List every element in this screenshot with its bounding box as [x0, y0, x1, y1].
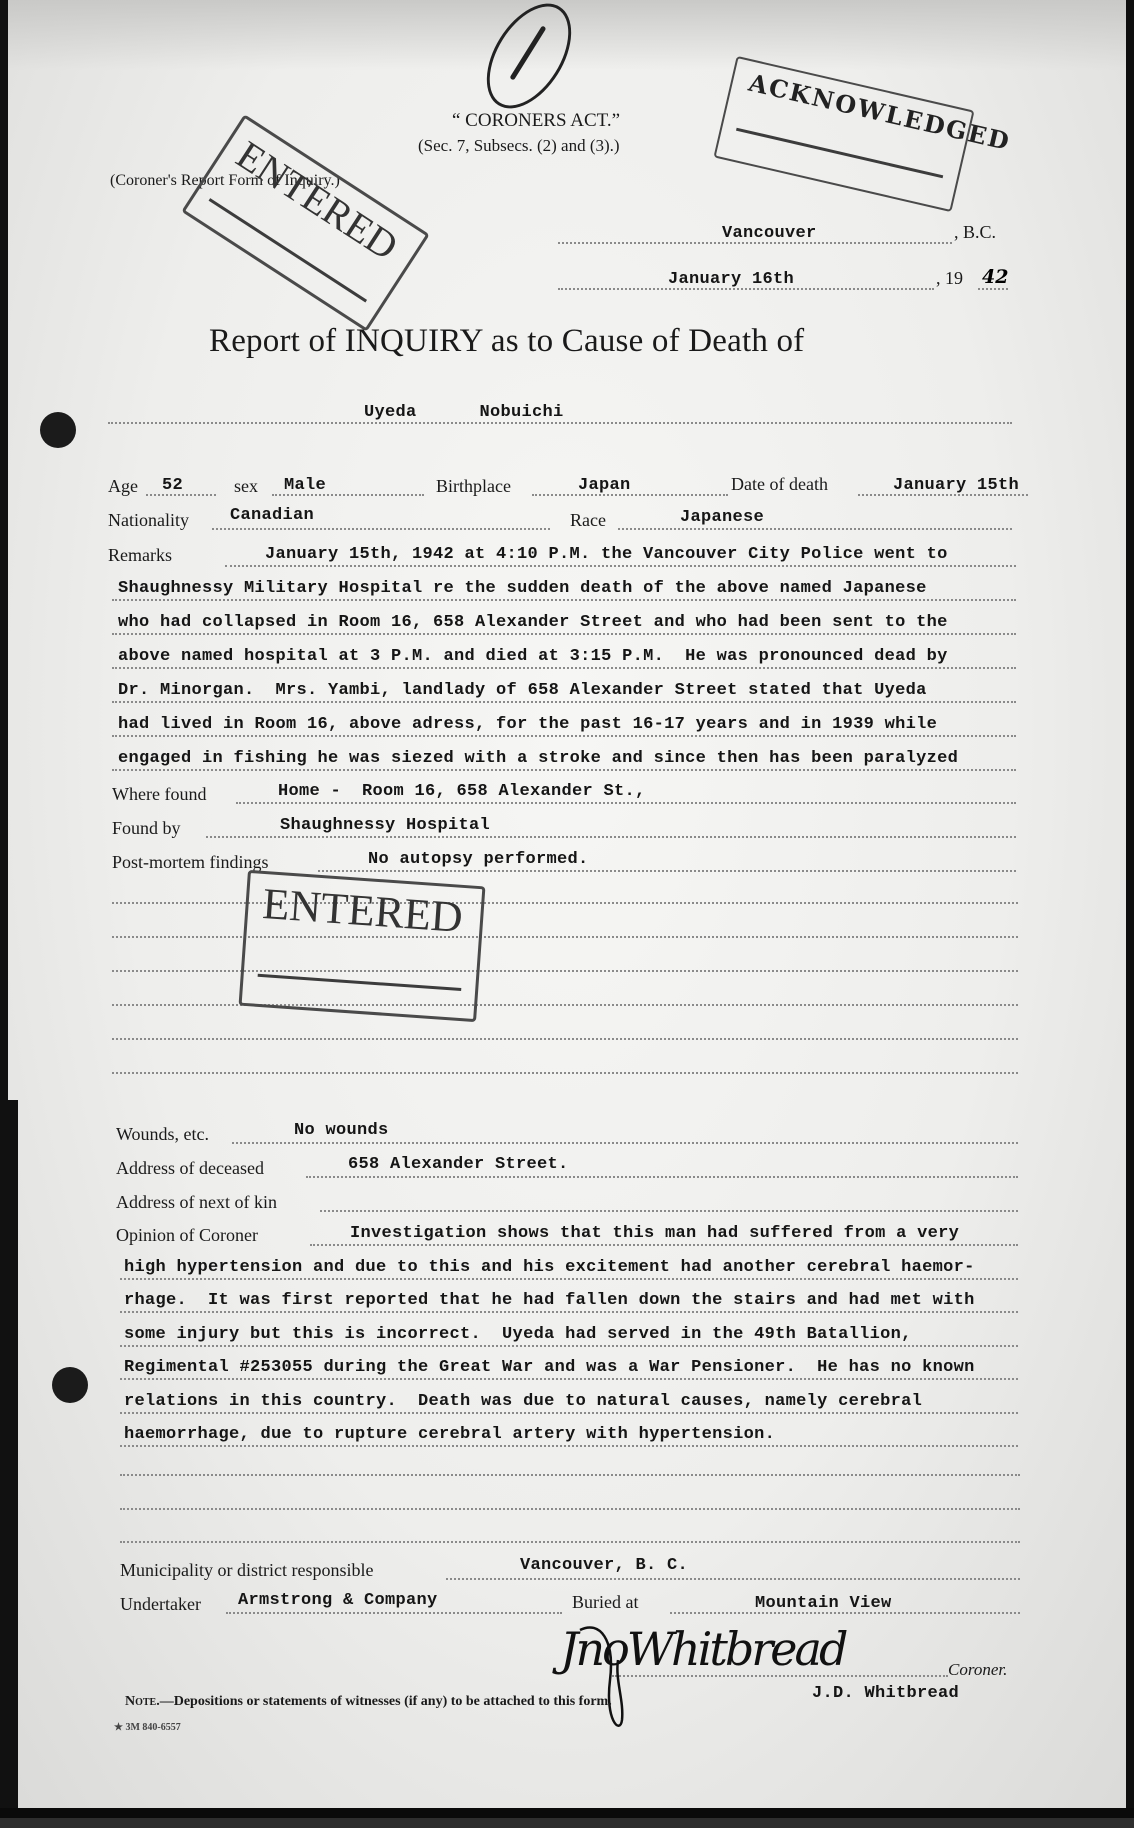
- ruled-line: [120, 1311, 1018, 1313]
- scan-border-right: [1126, 0, 1134, 1808]
- post-mortem-label: Post-mortem findings: [112, 852, 269, 873]
- place-value: Vancouver: [722, 224, 817, 243]
- post-mortem-value: No autopsy performed.: [368, 850, 589, 869]
- address-line: [306, 1176, 1018, 1178]
- remarks-label: Remarks: [108, 545, 172, 566]
- acknowledged-stamp: ACKNOWLEDGED: [713, 56, 974, 212]
- coroner-typed-name: J.D. Whitbread: [812, 1684, 959, 1703]
- text-line: who had collapsed in Room 16, 658 Alexan…: [118, 613, 948, 632]
- name-line: [108, 422, 1012, 424]
- stamp-rule: [736, 128, 943, 179]
- signature-flourish: [560, 1620, 720, 1740]
- ruled-line: [120, 1278, 1018, 1280]
- ruled-line: [310, 1244, 1018, 1246]
- text-line: Investigation shows that this man had su…: [350, 1224, 959, 1243]
- scan-border-left-lower: [0, 1100, 18, 1808]
- date-of-death-label: Date of death: [731, 474, 828, 495]
- scan-border-bottom: [0, 1808, 1134, 1818]
- document-page: “ CORONERS ACT.” (Sec. 7, Subsecs. (2) a…: [0, 0, 1134, 1808]
- year-prefix: , 19: [936, 268, 963, 289]
- ruled-line: [120, 1345, 1018, 1347]
- entered-stamp-middle-text: ENTERED: [261, 878, 464, 943]
- text-line: Shaughnessy Military Hospital re the sud…: [118, 579, 927, 598]
- punch-hole-top: [40, 412, 76, 448]
- nationality-value: Canadian: [230, 506, 314, 525]
- ruled-line: [112, 735, 1016, 737]
- text-line: rhage. It was first reported that he had…: [124, 1291, 975, 1310]
- wounds-value: No wounds: [294, 1121, 389, 1140]
- stamp-rule: [258, 974, 462, 991]
- ruled-line: [120, 1445, 1018, 1447]
- undertaker-line: [226, 1612, 562, 1614]
- acknowledged-stamp-text: ACKNOWLEDGED: [746, 68, 1014, 157]
- print-code: ★ 3M 840-6557: [114, 1722, 181, 1733]
- punch-hole-bottom: [52, 1367, 88, 1403]
- next-of-kin-label: Address of next of kin: [116, 1192, 277, 1213]
- birthplace-value: Japan: [578, 476, 631, 495]
- text-line: relations in this country. Death was due…: [124, 1392, 922, 1411]
- found-by-line: [206, 836, 1016, 838]
- text-line: Regimental #253055 during the Great War …: [124, 1358, 975, 1377]
- buried-value: Mountain View: [755, 1594, 892, 1613]
- blank-ruled-line: [120, 1541, 1020, 1543]
- act-title: “ CORONERS ACT.”: [452, 110, 620, 132]
- entered-stamp-top: ENTERED: [181, 114, 430, 332]
- nationality-line: [212, 528, 550, 530]
- wounds-line: [232, 1142, 1018, 1144]
- text-line: January 15th, 1942 at 4:10 P.M. the Vanc…: [265, 545, 948, 564]
- undertaker-value: Armstrong & Company: [238, 1591, 438, 1610]
- footer-note-text: —Depositions or statements of witnesses …: [160, 1694, 612, 1709]
- text-line: Dr. Minorgan. Mrs. Yambi, landlady of 65…: [118, 681, 927, 700]
- file-number-glyph: [509, 25, 546, 80]
- address-value: 658 Alexander Street.: [348, 1155, 569, 1174]
- next-of-kin-line: [320, 1210, 1018, 1212]
- circled-file-number: [469, 0, 588, 123]
- entered-stamp-middle: ENTERED: [239, 870, 486, 1022]
- blank-ruled-line: [112, 1072, 1018, 1074]
- birthplace-label: Birthplace: [436, 476, 511, 497]
- ruled-line: [112, 701, 1016, 703]
- ruled-line: [120, 1412, 1018, 1414]
- ruled-line: [112, 667, 1016, 669]
- ruled-line: [112, 633, 1016, 635]
- page-title: Report of INQUIRY as to Cause of Death o…: [209, 323, 804, 360]
- ruled-line: [112, 599, 1016, 601]
- race-label: Race: [570, 510, 606, 531]
- ruled-line: [120, 1378, 1018, 1380]
- report-year: 42: [982, 266, 1008, 288]
- text-line: above named hospital at 3 P.M. and died …: [118, 647, 948, 666]
- text-line: high hypertension and due to this and hi…: [124, 1258, 975, 1277]
- year-line: [978, 288, 1008, 290]
- age-label: Age: [108, 476, 138, 497]
- entered-stamp-top-text: ENTERED: [228, 131, 406, 270]
- found-by-label: Found by: [112, 818, 181, 839]
- address-label: Address of deceased: [116, 1158, 264, 1179]
- text-line: haemorrhage, due to rupture cerebral art…: [124, 1425, 775, 1444]
- undertaker-label: Undertaker: [120, 1594, 201, 1615]
- date-of-death-value: January 15th: [893, 476, 1019, 495]
- text-line: engaged in fishing he was siezed with a …: [118, 749, 958, 768]
- act-section: (Sec. 7, Subsecs. (2) and (3).): [418, 136, 620, 156]
- text-line: some injury but this is incorrect. Uyeda…: [124, 1325, 912, 1344]
- opinion-label: Opinion of Coroner: [116, 1225, 258, 1246]
- found-by-value: Shaughnessy Hospital: [280, 816, 490, 835]
- footer-note-prefix: Note.: [125, 1694, 160, 1709]
- text-line: had lived in Room 16, above adress, for …: [118, 715, 937, 734]
- post-mortem-line: [318, 870, 1016, 872]
- coroner-role: Coroner.: [948, 1660, 1007, 1680]
- age-value: 52: [162, 476, 183, 495]
- buried-label: Buried at: [572, 1592, 638, 1613]
- where-found-value: Home - Room 16, 658 Alexander St.,: [278, 782, 646, 801]
- where-found-label: Where found: [112, 784, 206, 805]
- wounds-label: Wounds, etc.: [116, 1124, 209, 1145]
- report-date: January 16th: [668, 270, 794, 289]
- municipality-label: Municipality or district responsible: [120, 1560, 373, 1581]
- sex-value: Male: [284, 476, 326, 495]
- blank-ruled-line: [120, 1474, 1020, 1476]
- place-suffix: , B.C.: [954, 222, 996, 243]
- municipality-line: [446, 1578, 1020, 1580]
- deceased-name: Uyeda Nobuichi: [364, 403, 564, 422]
- ruled-line: [112, 769, 1016, 771]
- footer-note: Note.—Depositions or statements of witne…: [125, 1694, 612, 1710]
- blank-ruled-line: [112, 1038, 1018, 1040]
- blank-ruled-line: [120, 1508, 1020, 1510]
- sex-label: sex: [234, 476, 258, 497]
- municipality-value: Vancouver, B. C.: [520, 1556, 688, 1575]
- where-found-line: [236, 802, 1016, 804]
- race-value: Japanese: [680, 508, 764, 527]
- ruled-line: [225, 565, 1016, 567]
- nationality-label: Nationality: [108, 510, 189, 531]
- race-line: [618, 528, 1012, 530]
